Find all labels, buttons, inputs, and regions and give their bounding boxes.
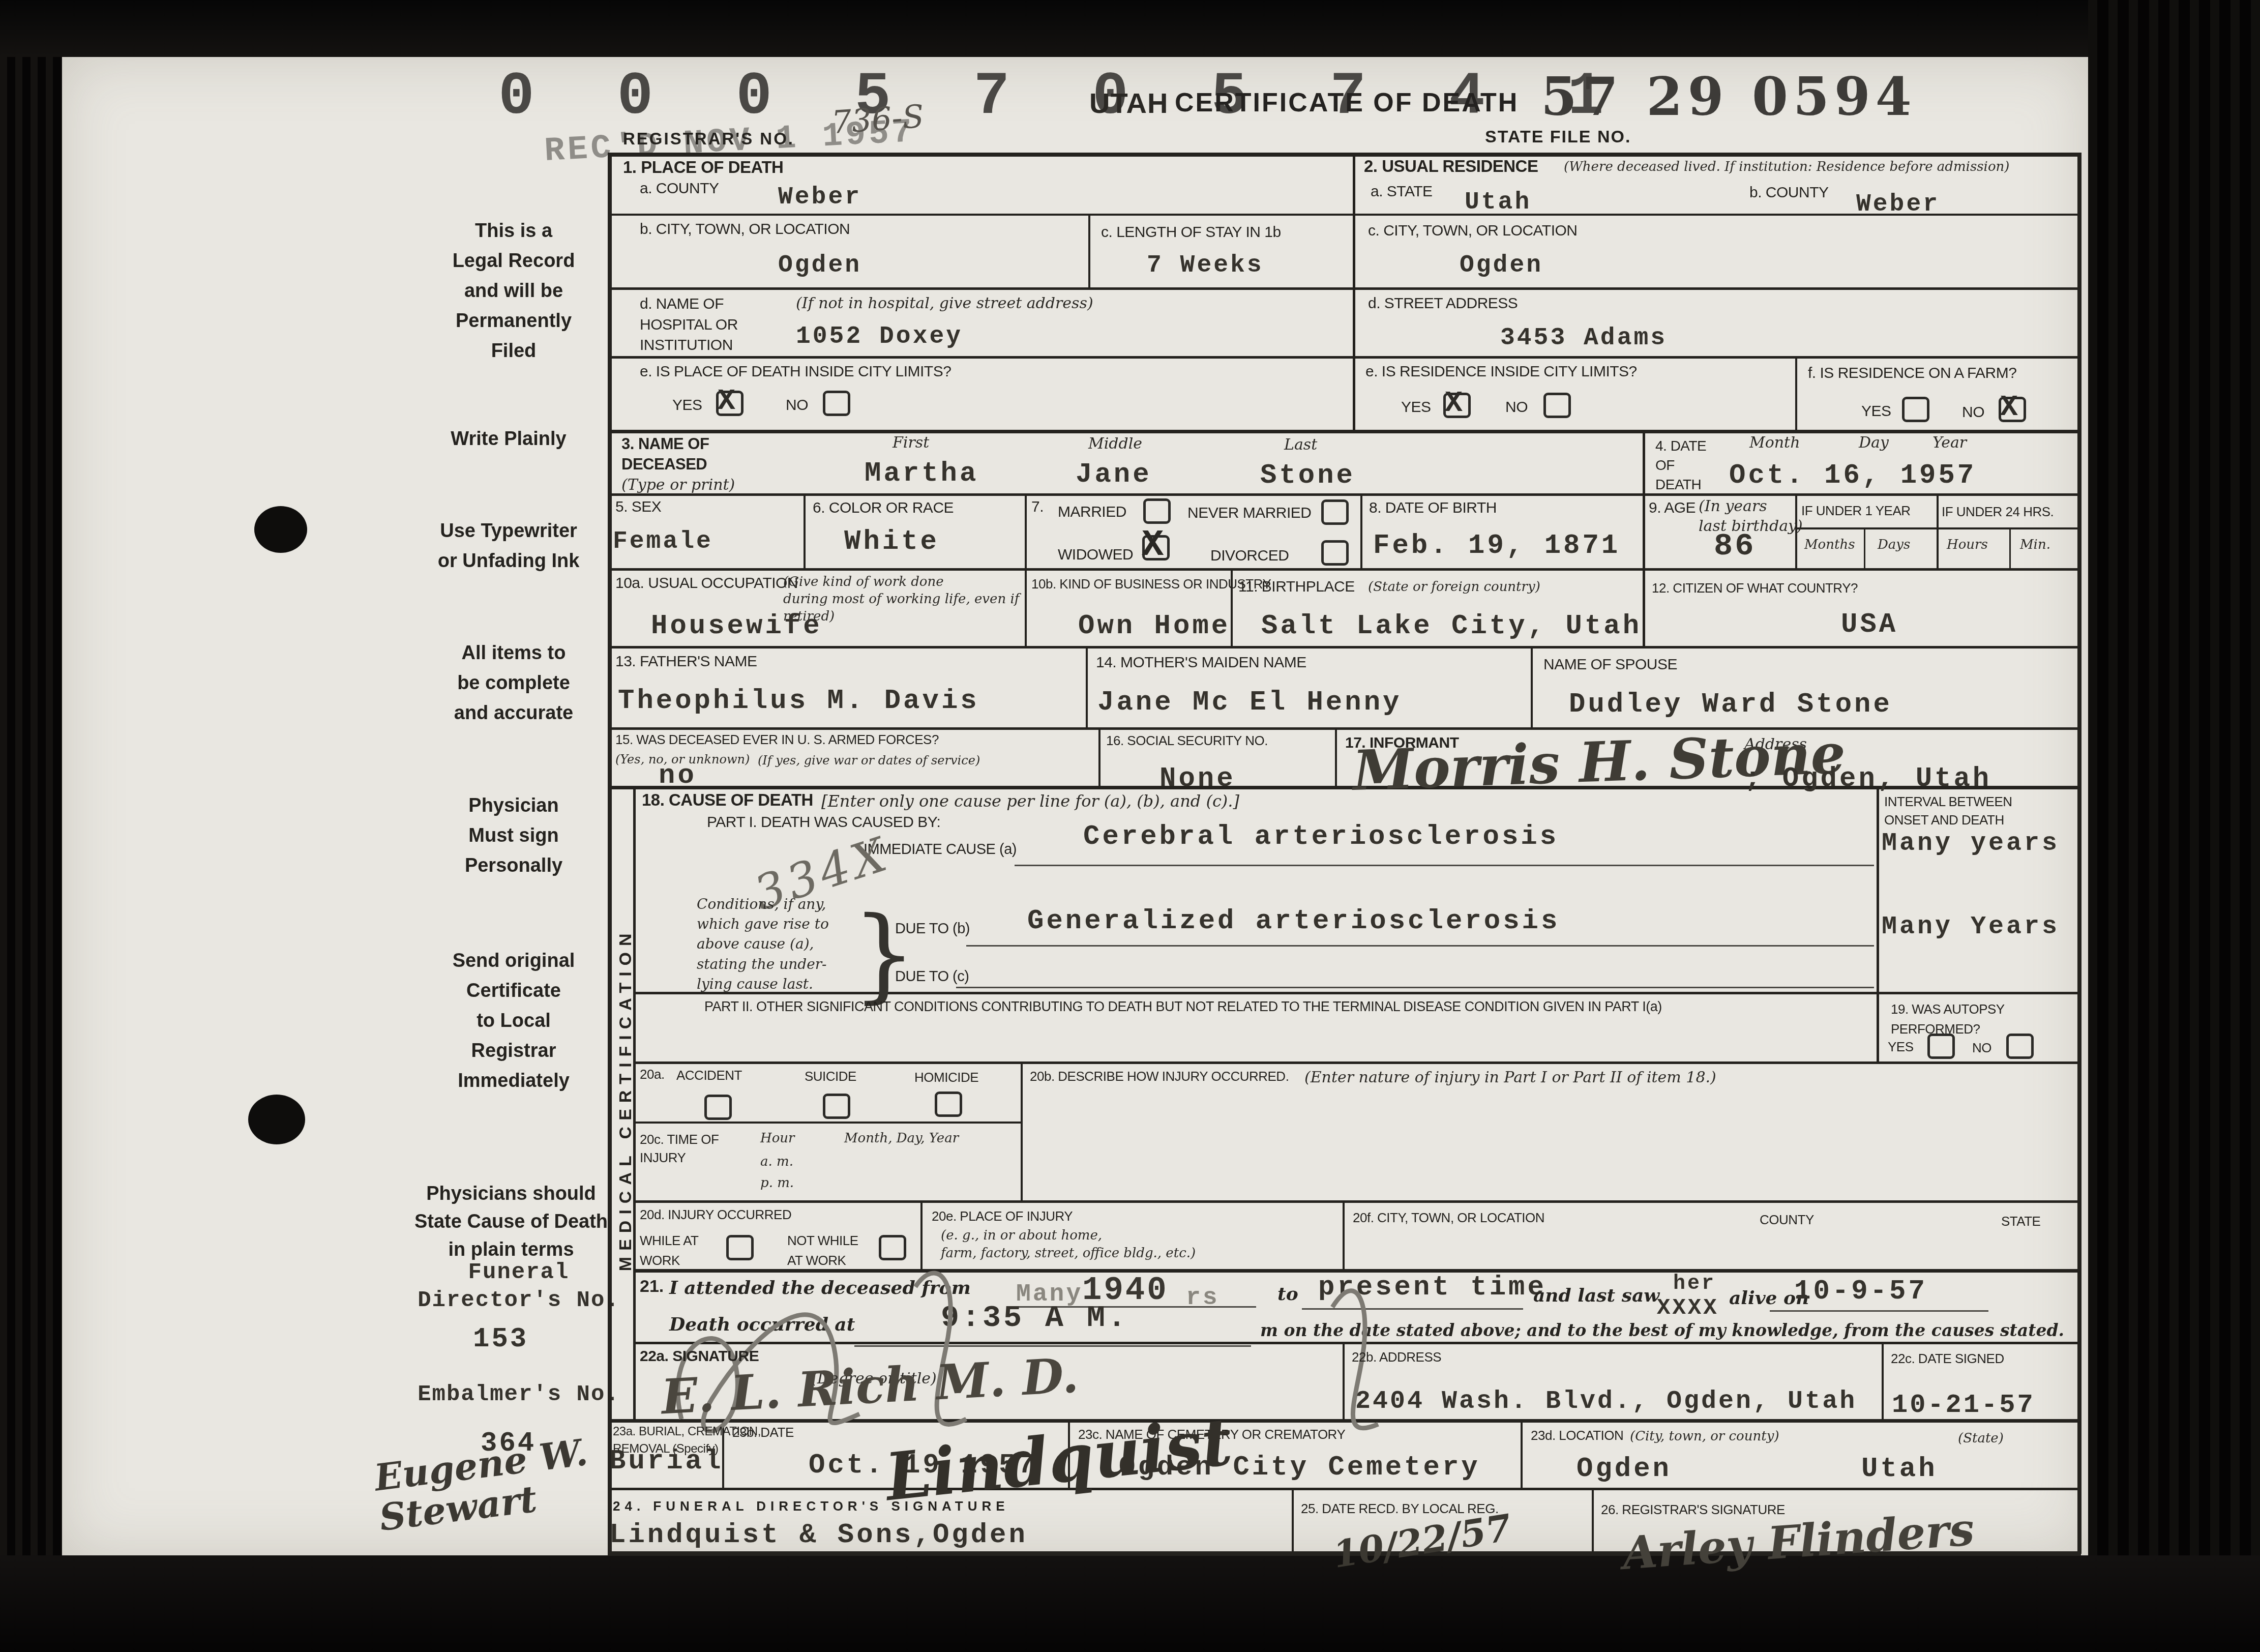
s23d-city-value: Ogden — [1577, 1452, 1672, 1487]
s11-hint: (State or foreign country) — [1368, 579, 1540, 596]
s21-her-value: her — [1673, 1272, 1716, 1297]
s15-value: no — [659, 759, 697, 793]
s9-under24-label: IF UNDER 24 HRS. — [1942, 504, 2054, 520]
s1d-label: d. NAME OF HOSPITAL OR INSTITUTION — [640, 294, 738, 356]
s18-vertical-label: MEDICAL CERTIFICATION — [615, 819, 637, 1379]
s19-yes-label: YES — [1888, 1039, 1914, 1055]
s20f-state-label: STATE — [2001, 1213, 2040, 1230]
s9-hours-label: Hours — [1947, 537, 1988, 553]
s1e-no-checkbox — [823, 391, 850, 416]
rule — [1531, 646, 1533, 727]
s9-months-label: Months — [1804, 537, 1855, 553]
s3-title: 3. NAME OF DECEASED — [621, 434, 709, 475]
s18-bracket-hint: [Enter only one cause per line for (a), … — [821, 791, 1239, 811]
s4-value: Oct. 16, 1957 — [1729, 459, 1976, 493]
s21-xxx-strike: XXXX — [1657, 1294, 1719, 1322]
s14-value: Jane Mc El Henny — [1097, 686, 1402, 720]
form-border-top — [608, 153, 2081, 157]
s20a-accident-checkbox — [704, 1095, 732, 1120]
s2f-label: f. IS RESIDENCE ON A FARM? — [1808, 364, 2016, 383]
scanner-bed-bottom — [0, 1555, 2260, 1652]
cause-b-line — [966, 945, 1874, 947]
s2-title-hint: (Where deceased lived. If institution: R… — [1564, 159, 2077, 175]
s23a-value: Burial — [609, 1444, 723, 1479]
s20a-accident-label: ACCIDENT — [676, 1067, 742, 1084]
s18-part1-label: PART I. DEATH WAS CAUSED BY: — [707, 813, 940, 832]
s1e-yes-mark: X — [718, 385, 735, 418]
s23b-label: 23b. DATE — [732, 1424, 794, 1441]
margin-note-send-original: Send original Certificate to Local Regis… — [412, 946, 615, 1096]
margin-note-write-plainly: Write Plainly — [412, 427, 605, 452]
s5-value: Female — [613, 526, 713, 557]
s10a-label: 10a. USUAL OCCUPATION — [615, 574, 798, 593]
s13-label: 13. FATHER'S NAME — [615, 652, 757, 671]
s7-widowed-label: WIDOWED — [1058, 545, 1133, 565]
s22b-label: 22b. ADDRESS — [1352, 1349, 1441, 1366]
rule — [608, 356, 2077, 359]
s2f-no-checkbox: X — [1999, 397, 2026, 422]
s2e-yes-checkbox: X — [1443, 393, 1471, 418]
s20a-homicide-label: HOMICIDE — [914, 1069, 978, 1086]
s19-yes-checkbox — [1927, 1034, 1955, 1059]
s11-label: 11. BIRTHPLACE — [1238, 577, 1355, 597]
s11-value: Salt Lake City, Utah — [1261, 609, 1642, 644]
s1d-hint: (If not in hospital, give street address… — [796, 294, 1093, 313]
s1c-value: 7 Weeks — [1147, 250, 1264, 281]
rule — [608, 287, 2077, 290]
s1c-label: c. LENGTH OF STAY IN 1b — [1101, 223, 1281, 242]
s8-value: Feb. 19, 1871 — [1373, 529, 1620, 564]
scanner-bed-top — [0, 0, 2260, 57]
rule — [1882, 1342, 1884, 1419]
s2a-value: Utah — [1465, 187, 1531, 218]
s7-widowed-checkbox: X — [1142, 535, 1170, 560]
s9-label: 9. AGE — [1649, 498, 1696, 518]
s22c-label: 22c. DATE SIGNED — [1891, 1350, 2004, 1367]
s7-widowed-mark: X — [1142, 524, 1164, 566]
rule — [633, 992, 2077, 994]
margin-note-complete: All items to be complete and accurate — [412, 638, 615, 728]
s20b-hint: (Enter nature of injury in Part I or Par… — [1304, 1068, 1716, 1087]
rule — [633, 1061, 2077, 1064]
s1b-value: Ogden — [778, 250, 861, 281]
s3-middle-value: Jane — [1076, 458, 1152, 492]
s9-value: 86 — [1714, 526, 1756, 566]
s20e-label: 20e. PLACE OF INJURY — [932, 1208, 1073, 1225]
s1a-value: Weber — [778, 182, 861, 213]
s20c-am-label: a. m. — [760, 1154, 793, 1170]
s3-first-value: Martha — [865, 457, 978, 491]
s2e-no-label: NO — [1505, 398, 1528, 417]
s16-label: 16. SOCIAL SECURITY NO. — [1106, 732, 1268, 749]
s1-title: 1. PLACE OF DEATH — [623, 157, 783, 178]
page-title: CERTIFICATE OF DEATH — [1175, 86, 1519, 120]
rule — [1335, 727, 1337, 786]
s7-never-label: NEVER MARRIED — [1187, 504, 1312, 523]
s2f-yes-checkbox — [1902, 397, 1929, 422]
s7-divorced-checkbox — [1321, 540, 1349, 566]
form-border-left — [608, 153, 612, 1554]
s1e-label: e. IS PLACE OF DEATH INSIDE CITY LIMITS? — [640, 362, 951, 381]
s1a-label: a. COUNTY — [640, 179, 719, 198]
s23d-state-hint: (State) — [1958, 1430, 2004, 1447]
s4-label: 4. DATE OF DEATH — [1655, 436, 1706, 494]
s15-hint2: (If yes, give war or dates of service) — [758, 753, 980, 768]
rule — [1098, 727, 1101, 786]
rule — [804, 493, 806, 568]
spouse-value: Dudley Ward Stone — [1569, 688, 1892, 722]
s6-value: White — [844, 525, 939, 559]
s21-date-line — [1770, 1310, 1988, 1312]
s23d-hint: (City, town, or county) — [1630, 1428, 1779, 1445]
margin-note-plain-terms: Physicians should State Cause of Death i… — [376, 1180, 646, 1264]
rule — [1795, 356, 1797, 430]
s9-days-label: Days — [1878, 537, 1910, 553]
s13-value: Theophilus M. Davis — [618, 684, 979, 719]
s20a-suicide-checkbox — [823, 1094, 850, 1119]
rule — [608, 568, 2077, 571]
s2e-no-checkbox — [1543, 393, 1571, 418]
s2c-value: Ogden — [1460, 250, 1543, 281]
rule — [1353, 153, 1355, 430]
s20a-homicide-checkbox — [935, 1091, 962, 1117]
scanner-bed-right — [2088, 0, 2260, 1652]
s5-label: 5. SEX — [615, 497, 661, 517]
s18-due-c-label: DUE TO (c) — [895, 967, 969, 986]
cause-c-line — [956, 987, 1874, 988]
s10a-value: Housewife — [651, 609, 822, 644]
s22a-label: 22a. SIGNATURE — [640, 1347, 759, 1366]
s18-interval-a-value: Many years — [1882, 828, 2060, 860]
s12-value: USA — [1841, 608, 1898, 642]
s18-interval-b-value: Many Years — [1882, 911, 2060, 943]
s22c-value: 10-21-57 — [1892, 1389, 2035, 1422]
s19-no-label: NO — [1972, 1040, 1991, 1056]
s4-month-label: Month — [1749, 433, 1800, 453]
rule — [1025, 493, 1027, 646]
rule — [608, 646, 2077, 648]
spouse-label: NAME OF SPOUSE — [1543, 655, 1677, 674]
s10b-value: Own Home — [1078, 609, 1230, 644]
s3-middle-label: Middle — [1088, 434, 1142, 454]
s2d-label: d. STREET ADDRESS — [1368, 294, 1518, 313]
s10b-label: 10b. KIND OF BUSINESS OR INDUSTRY — [1031, 576, 1271, 593]
s1d-value: 1052 Doxey — [796, 321, 963, 352]
rule — [1088, 214, 1090, 287]
rule — [1877, 786, 1879, 1061]
s23d-label: 23d. LOCATION — [1531, 1427, 1623, 1444]
s2f-no-label: NO — [1962, 403, 1984, 422]
form-border-right — [2077, 153, 2081, 1554]
margin-note-physician-sign: Physician Must sign Personally — [422, 791, 605, 881]
rule — [2009, 527, 2011, 568]
rule — [1021, 1061, 1023, 1200]
s1e-no-label: NO — [786, 396, 808, 415]
s9-under1yr-label: IF UNDER 1 YEAR — [1801, 503, 1911, 519]
margin-note-typewriter: Use Typewriter or Unfading Ink — [402, 516, 615, 576]
title-state: UTAH — [1089, 85, 1168, 121]
s17-address-value: ; Ogden, Utah — [1744, 762, 1991, 796]
punch-hole-top — [254, 506, 307, 553]
margin-note-legal-record: This is a Legal Record and will be Perma… — [422, 216, 605, 366]
s20a-num: 20a. — [640, 1066, 665, 1083]
s8-label: 8. DATE OF BIRTH — [1369, 498, 1497, 518]
s21-lastseen-value: 10-9-57 — [1794, 1275, 1927, 1309]
s24-value: Lindquist & Sons,Ogden — [609, 1518, 1028, 1553]
s14-label: 14. MOTHER'S MAIDEN NAME — [1096, 653, 1306, 672]
rule — [1086, 646, 1088, 727]
s18-cause-b-value: Generalized arteriosclerosis — [1027, 904, 1560, 939]
s18-label: 18. CAUSE OF DEATH — [642, 789, 813, 810]
s6-label: 6. COLOR OR RACE — [813, 498, 954, 518]
s20c-hour-label: Hour — [760, 1130, 795, 1147]
s2e-label: e. IS RESIDENCE INSIDE CITY LIMITS? — [1365, 362, 1637, 381]
s2c-label: c. CITY, TOWN, OR LOCATION — [1368, 221, 1578, 241]
s18-conditions-label: Conditions, if any, which gave rise to a… — [697, 894, 829, 994]
rule — [608, 430, 2077, 433]
state-file-number: 57 29 0594 — [1541, 65, 1917, 130]
s3-last-label: Last — [1284, 435, 1317, 455]
s20c-pm-label: p. m. — [760, 1175, 794, 1192]
s2a-label: a. STATE — [1371, 182, 1433, 201]
s3-hint: (Type or print) — [621, 476, 735, 495]
rule — [608, 727, 2077, 730]
s20a-suicide-label: SUICIDE — [805, 1068, 856, 1085]
rule — [1643, 430, 1645, 646]
state-file-label: STATE FILE NO. — [1485, 126, 1631, 148]
s1e-yes-label: YES — [672, 396, 702, 415]
rule — [633, 1122, 1021, 1124]
s2-title: 2. USUAL RESIDENCE — [1364, 156, 1538, 176]
cause-a-line — [1015, 865, 1874, 866]
s4-day-label: Day — [1859, 433, 1889, 453]
s4-year-label: Year — [1932, 433, 1967, 453]
s2e-yes-label: YES — [1401, 398, 1431, 417]
s3-last-value: Stone — [1260, 459, 1355, 493]
rule — [608, 493, 2077, 496]
s20b-label: 20b. DESCRIBE HOW INJURY OCCURRED. — [1030, 1068, 1289, 1085]
s20f-label: 20f. CITY, TOWN, OR LOCATION — [1353, 1209, 1544, 1226]
s24-label: 24. FUNERAL DIRECTOR'S SIGNATURE — [613, 1498, 1009, 1515]
funeral-directors-no-value: 153 — [473, 1322, 528, 1357]
scanned-death-certificate: { "header": { "stamp_number": "0 0 0 5 7… — [0, 0, 2260, 1652]
s7-divorced-label: DIVORCED — [1210, 546, 1289, 566]
registrar-no-value: 736-S — [830, 97, 926, 142]
s9-min-label: Min. — [2020, 537, 2050, 553]
s18-interval-label: INTERVAL BETWEEN ONSET AND DEATH — [1884, 792, 2067, 830]
s21-lastsaw-text: and last saw — [1533, 1284, 1659, 1307]
s2e-yes-mark: X — [1445, 387, 1463, 420]
s19-label: 19. WAS AUTOPSY PERFORMED? — [1891, 999, 2059, 1039]
s2b-value: Weber — [1856, 189, 1940, 220]
s18-cause-a-value: Cerebral arteriosclerosis — [1083, 820, 1559, 854]
registrar-no-label: REGISTRAR'S NO. — [623, 128, 794, 149]
s2d-value: 3453 Adams — [1500, 323, 1667, 353]
s20f-county-label: COUNTY — [1760, 1212, 1814, 1228]
s2f-yes-label: YES — [1861, 402, 1891, 421]
funeral-directors-no-label: Funeral Director's No. — [407, 1259, 631, 1315]
s18-part2-label: PART II. OTHER SIGNIFICANT CONDITIONS CO… — [704, 998, 1864, 1016]
s12-label: 12. CITIZEN OF WHAT COUNTRY? — [1652, 580, 1858, 597]
rule — [1592, 1488, 1594, 1551]
rule — [1864, 527, 1865, 568]
s7-married-label: MARRIED — [1058, 503, 1126, 522]
punch-hole-bottom — [248, 1095, 305, 1144]
s3-first-label: First — [893, 433, 929, 453]
rule — [1360, 493, 1362, 568]
s20c-mdy-label: Month, Day, Year — [844, 1130, 959, 1147]
rule — [1937, 493, 1939, 568]
s20c-label: 20c. TIME OF INJURY — [640, 1130, 719, 1167]
s2f-no-mark: X — [2000, 391, 2018, 424]
rule — [1292, 1488, 1294, 1551]
s18-due-b-label: DUE TO (b) — [895, 920, 970, 938]
s1b-label: b. CITY, TOWN, OR LOCATION — [640, 220, 850, 239]
s1e-yes-checkbox: X — [716, 391, 744, 416]
s20d-label: 20d. INJURY OCCURRED — [640, 1206, 791, 1223]
s23d-state-value: Utah — [1861, 1452, 1938, 1487]
rule — [608, 1488, 2077, 1490]
s22b-value: 2404 Wash. Blvd., Ogden, Utah — [1355, 1386, 1857, 1418]
s19-no-checkbox — [2006, 1034, 2034, 1059]
scanner-bed-left — [0, 0, 62, 1652]
s2b-label: b. COUNTY — [1749, 183, 1829, 202]
s15-label: 15. WAS DECEASED EVER IN U. S. ARMED FOR… — [615, 731, 939, 748]
rule — [1521, 1419, 1523, 1488]
s7-married-checkbox — [1143, 498, 1171, 524]
s7-num: 7. — [1031, 497, 1044, 517]
rule — [633, 1200, 2077, 1203]
s7-never-checkbox — [1321, 499, 1349, 525]
